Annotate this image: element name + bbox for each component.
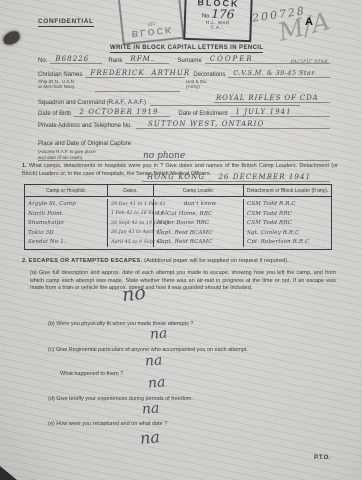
question-2c: (c) Give Regimental particulars of anyon… bbox=[48, 347, 338, 355]
question-1-number: 1. bbox=[22, 163, 27, 169]
question-1: 1. What camps, detachments or hospitals … bbox=[22, 163, 338, 178]
confidential-marking: CONFIDENTIAL bbox=[38, 18, 94, 27]
question-2-heading: 2. ESCAPES OR ATTEMPTED ESCAPES. (Additi… bbox=[22, 258, 338, 264]
address-value-line2: no phone bbox=[143, 151, 185, 161]
surname-note: PACIFIC STAR bbox=[291, 60, 328, 65]
detachment-cell: Cpl. Robertson R.R.C bbox=[247, 239, 309, 245]
surname-value: COOPER bbox=[210, 55, 254, 63]
surname-field: COOPER PACIFIC STAR bbox=[205, 53, 330, 64]
pto-marking: P.T.O. bbox=[314, 455, 330, 461]
capture-label-line3: and date of a/c crash). bbox=[38, 155, 84, 160]
detachment-cell: Sgt. Conley R.R.C bbox=[247, 230, 299, 236]
question-2e: (e) How were you recaptured and on what … bbox=[48, 421, 338, 429]
page-corner-shadow bbox=[0, 466, 17, 480]
address-value: SUTTON WEST, ONTARIO bbox=[148, 120, 264, 128]
date-of-birth-label: Date of Birth bbox=[38, 111, 71, 117]
question-2d-text: Give briefly your experiences during per… bbox=[56, 396, 193, 402]
instruction-heading: WRITE IN BLOCK CAPITAL LETTERS IN PENCIL bbox=[110, 45, 263, 53]
leader-cell: Capt. Reid RCAMC bbox=[157, 230, 213, 236]
answer-2c-followup: na bbox=[147, 374, 166, 391]
answer-2a: no bbox=[121, 282, 147, 306]
answer-2b: na bbox=[149, 325, 167, 342]
enlistment-value: 1 JULY 1941 bbox=[235, 108, 291, 116]
capture-label-line1: Place and Date of Original Capture bbox=[38, 141, 131, 147]
col-header-detachment: Detachment or Block Leader (if any). bbox=[243, 185, 331, 197]
leader-cell: Major Boone RRC bbox=[157, 220, 209, 226]
col-header-camp: Camp or Hospital. bbox=[25, 185, 107, 197]
field-row-names-decorations: Christian Names FREDERICK ARTHUR Decorat… bbox=[38, 67, 330, 78]
detachment-cell: CSM Todd RRC bbox=[247, 211, 292, 217]
question-2d: (d) Give briefly your experiences during… bbox=[48, 396, 338, 404]
decorations-field: C.V.S.M. & 39-45 Star bbox=[228, 67, 330, 78]
answer-2d: na bbox=[141, 400, 159, 417]
col-header-leader: Camp Leader. bbox=[153, 185, 243, 197]
field-row-number-rank-surname: No. B68226 Rank RFM. Surname COOPER PACI… bbox=[38, 53, 330, 64]
no-label: No. bbox=[38, 58, 47, 64]
enlistment-label: Date of Enlistment bbox=[178, 111, 227, 117]
camp-cell: Argyle St. Camp bbox=[28, 201, 76, 207]
question-2c-followup: What happened to them ? bbox=[60, 371, 123, 379]
ship-label: Ship (R.N., U.S.N. or Merchant Navy bbox=[38, 79, 75, 89]
ship-label-line2: or Merchant Navy bbox=[38, 84, 75, 89]
christian-names-label: Christian Names bbox=[38, 72, 82, 78]
decorations-value: C.V.S.M. & 39-45 Star bbox=[233, 69, 315, 77]
address-label: Private Address and Telephone No. bbox=[38, 123, 132, 129]
question-2b: (b) Were you physically fit when you mad… bbox=[48, 321, 338, 329]
question-2c-label: (c) bbox=[48, 347, 54, 353]
camp-cell: Sendai No 1. bbox=[28, 239, 66, 245]
rank-field: RFM. bbox=[125, 53, 169, 64]
question-2a: (a) Give full description and approx. da… bbox=[30, 270, 336, 293]
date-of-birth-value: 2 OCTOBER 1919 bbox=[79, 108, 158, 116]
col-header-dates: Dates. bbox=[107, 185, 153, 197]
stamp-ca: C.A... bbox=[186, 24, 250, 31]
no-field: B68226 bbox=[50, 53, 102, 64]
no-value: B68226 bbox=[55, 55, 89, 63]
camp-table: Camp or Hospital. Dates. Camp Leader. De… bbox=[24, 184, 332, 250]
answer-2e: na bbox=[139, 427, 160, 448]
question-2d-label: (d) bbox=[48, 396, 55, 402]
leader-cell: don't know bbox=[184, 201, 216, 207]
stamp-block-number: 176 bbox=[211, 9, 234, 21]
christian-names-field: FREDERICK ARTHUR bbox=[85, 67, 185, 78]
unit-label-line2: (Army) bbox=[186, 84, 207, 89]
rank-value: RFM. bbox=[130, 55, 154, 63]
leader-cell: Lt. Col Home, RRC bbox=[157, 211, 213, 217]
field-row-birth-enlistment: Date of Birth 2 OCTOBER 1919 Date of Enl… bbox=[38, 106, 330, 117]
question-2a-label: (a) bbox=[30, 270, 37, 276]
date-of-birth-field: 2 OCTOBER 1919 bbox=[74, 106, 170, 117]
question-2-title-note: (Additional paper will be supplied on re… bbox=[144, 258, 289, 264]
question-2b-text: Were you physically fit when you made th… bbox=[56, 321, 193, 327]
rank-label: Rank bbox=[108, 58, 122, 64]
camp-cell: North Point bbox=[28, 211, 62, 217]
question-2b-label: (b) bbox=[48, 321, 55, 327]
detachment-cell: CSM Todd RRC bbox=[247, 220, 292, 226]
question-2e-label: (e) bbox=[48, 421, 55, 427]
capture-label-line2: (Aircrew R.A.F. to give place bbox=[38, 149, 96, 154]
block-number-stamp: BLOCK No 176 H.L. WAR C.A... bbox=[183, 0, 253, 42]
question-2-title: ESCAPES OR ATTEMPTED ESCAPES. bbox=[28, 258, 142, 264]
question-2e-text: How were you recaptured and on what date… bbox=[56, 421, 167, 427]
leader-cell: Capt. Reid RCAMC bbox=[157, 239, 213, 245]
question-2a-text: Give full description and approx. date o… bbox=[30, 270, 336, 291]
question-1-text: What camps, detachments or hospitals wer… bbox=[22, 163, 338, 177]
field-row-address: Private Address and Telephone No. SUTTON… bbox=[38, 118, 330, 129]
address-field: SUTTON WEST, ONTARIO bbox=[136, 118, 330, 129]
stamp-no-label: No bbox=[202, 13, 210, 19]
detachment-cell: CSM Todd R.R.C bbox=[247, 201, 296, 207]
camp-cell: Shamshuipo bbox=[28, 220, 64, 226]
unit-label: Unit & Div. (Army) bbox=[186, 79, 207, 89]
grade-letter-mark: A bbox=[305, 16, 313, 28]
mirror-block-stamp: BLOCK No bbox=[118, 0, 185, 45]
decorations-label: Decorations bbox=[193, 72, 225, 78]
surname-label: Surname bbox=[177, 58, 201, 64]
camp-cell: Tokio 3D bbox=[28, 230, 54, 236]
field-row-squadron: Squadron and Command (R.A.F., A.A.F.) bbox=[38, 95, 300, 106]
question-2-number: 2. bbox=[22, 258, 27, 264]
christian-names-value: FREDERICK ARTHUR bbox=[90, 69, 190, 77]
squadron-field bbox=[150, 95, 300, 106]
answer-2c: na bbox=[144, 352, 162, 369]
ship-field bbox=[95, 81, 180, 92]
enlistment-field: 1 JULY 1941 bbox=[230, 106, 330, 117]
